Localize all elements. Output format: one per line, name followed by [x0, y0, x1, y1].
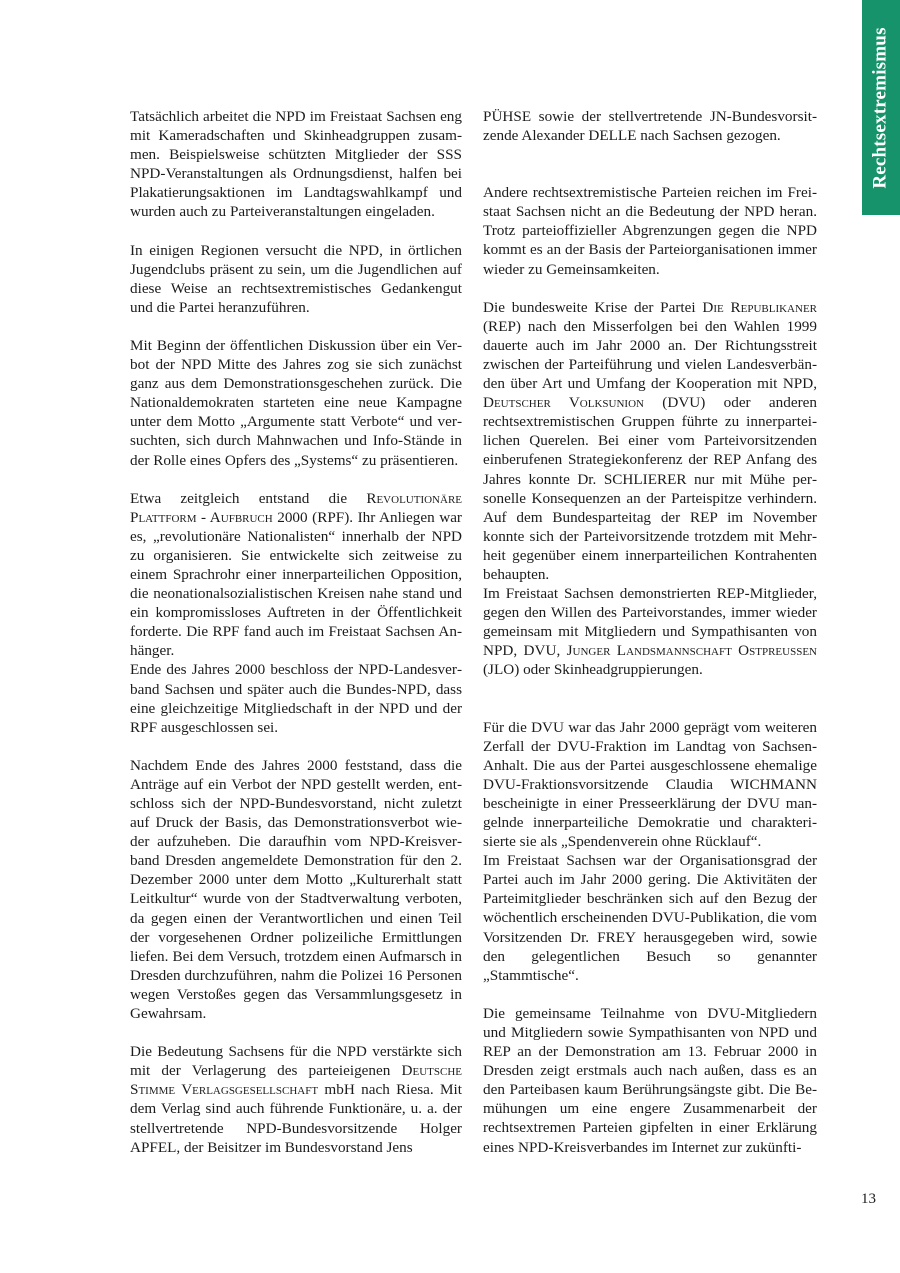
text: Etwa zeitgleich entstand die [130, 490, 366, 507]
text: (RPF). Ihr Anliegen war es, „revolutionä… [130, 509, 462, 660]
text: (DVU) oder anderen rechtsextremistischen… [483, 394, 817, 583]
paragraph-dvu-sachsen: Im Freistaat Sachsen war der Organisatio… [483, 851, 817, 985]
organization-name: Die Republikaner [702, 299, 817, 316]
paragraph-npd-jugendclubs: In einigen Regionen versucht die NPD, in… [130, 241, 462, 317]
paragraph-gemeinsame-teilnahme: Die gemeinsame Teilnahme von DVU-Mitglie… [483, 1004, 817, 1157]
paragraph-rep-sachsen: Im Freistaat Sachsen demonstrierten REP-… [483, 584, 817, 679]
text: (REP) nach den Misserfolgen bei den Wahl… [483, 318, 817, 392]
organization-name: Junger Landsmannschaft Ost­preußen [567, 642, 817, 659]
right-column: PÜHSE sowie der stellvertretende JN-Bund… [483, 107, 817, 1157]
page-number: 13 [861, 1191, 876, 1208]
paragraph-rpf-ausschluss: Ende des Jahres 2000 beschloss der NPD-L… [130, 660, 462, 736]
paragraph-republikaner: Die bundesweite Krise der Partei Die Rep… [483, 298, 817, 584]
left-column: Tatsächlich arbeitet die NPD im Freistaa… [130, 107, 462, 1157]
paragraph-continuation: PÜHSE sowie der stellvertretende JN-Bund… [483, 107, 817, 145]
text: (JLO) oder Skinheadgruppierungen. [483, 661, 703, 678]
paragraph-rpf: Etwa zeitgleich entstand die Revolutionä… [130, 489, 462, 661]
paragraph-npd-kameradschaften: Tatsächlich arbeitet die NPD im Freistaa… [130, 107, 462, 222]
paragraph-npd-verbot-diskussion: Mit Beginn der öffentlichen Diskussion ü… [130, 336, 462, 470]
paragraph-demonstration-dresden: Nachdem Ende des Jahres 2000 feststand, … [130, 756, 462, 1023]
paragraph-andere-parteien: Andere rechtsextremistische Parteien rei… [483, 183, 817, 278]
section-tab-label: Rechtsextremismus [870, 27, 892, 188]
section-tab: Rechtsextremismus [862, 0, 900, 215]
paragraph-deutsche-stimme: Die Bedeutung Sachsens für die NPD verst… [130, 1042, 462, 1157]
paragraph-dvu-zerfall: Für die DVU war das Jahr 2000 geprägt vo… [483, 718, 817, 852]
organization-name: Deutscher Volksunion [483, 394, 644, 411]
text: Die bundesweite Krise der Partei [483, 299, 702, 316]
